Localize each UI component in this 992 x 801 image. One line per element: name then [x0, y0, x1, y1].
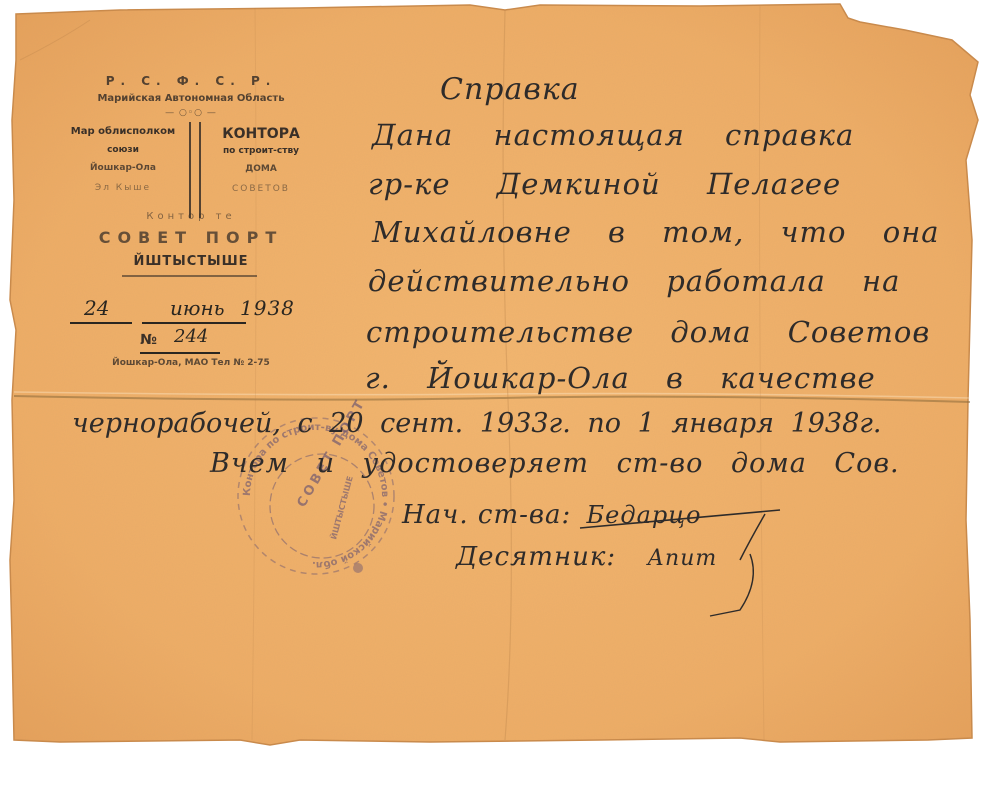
- certificate-title: Справка: [440, 72, 580, 107]
- seal-inner-text: ЙШТЫСТЫШЕ: [327, 475, 355, 541]
- head-signature-label: Нач. ст-ва:: [402, 500, 571, 530]
- region-label: Марийская Автономная Область: [62, 93, 320, 104]
- body-line-6: г. Йошкар-Ола в качестве: [365, 361, 876, 395]
- date-month: июнь: [170, 296, 225, 320]
- stamp-right-line1: по строит-ству: [200, 146, 322, 156]
- body-line-4: действительно работала на: [368, 264, 900, 298]
- stamp-kontor-line: Контор те: [62, 211, 320, 222]
- date-day: 24: [84, 296, 109, 320]
- stamp-right-line2: ДОМА: [200, 164, 322, 174]
- stamp-footer-address: Йошкар-Ола, МАО Тел № 2-75: [62, 358, 320, 368]
- signature-row-foreman: Десятник: Апит: [456, 542, 717, 572]
- stamp-yoshkar-line: ЙШТЫСТЫШЕ: [62, 254, 320, 269]
- stamp-sovet-line: СОВЕТ ПОРТ: [62, 228, 320, 247]
- stamp-right-column: КОНТОРА по строит-ству ДОМА СОВЕТОВ: [200, 126, 322, 194]
- foreman-signature-flourish: [680, 540, 800, 620]
- document-number: 244: [174, 326, 208, 347]
- date-month-underline: [142, 322, 246, 324]
- republic-label: Р. С. Ф. С. Р.: [62, 74, 320, 88]
- date-day-underline: [70, 322, 132, 324]
- body-line-1: Дана настоящая справка: [372, 118, 854, 152]
- number-label: №: [140, 332, 157, 348]
- ornament-divider: — ○◦○ —: [62, 108, 320, 118]
- number-underline: [140, 352, 220, 354]
- stamp-left-line3: Йошкар-Ола: [62, 163, 184, 173]
- svg-text:Контора по строит-ву дома Сове: Контора по строит-ву дома Советов • Мари…: [242, 422, 390, 571]
- letterhead-stamp: Р. С. Ф. С. Р. Марийская Автономная Обла…: [62, 68, 320, 378]
- body-line-2: гр-ке Демкиной Пелагее: [368, 167, 841, 201]
- seal-ring-text: Контора по строит-ву дома Советов • Мари…: [242, 422, 390, 571]
- stamp-left-line2: союзи: [62, 145, 184, 155]
- body-line-5: строительстве дома Советов: [366, 315, 930, 349]
- date-year: 1938: [240, 296, 295, 320]
- foreman-signature-label: Десятник:: [456, 542, 616, 572]
- stamp-left-line1: Мар облисполком: [62, 126, 184, 137]
- body-line-3: Михайловне в том, что она: [372, 215, 940, 249]
- stamp-right-line3: СОВЕТОВ: [200, 184, 322, 194]
- stamp-left-column: Мар облисполком союзи Йошкар-Ола Эл Кыше: [62, 126, 184, 193]
- body-line-7: чернорабочей, с 20 сент. 1933г. по 1 янв…: [72, 408, 882, 439]
- stamp-left-line4: Эл Кыше: [62, 183, 184, 193]
- stamp-kontora-title: КОНТОРА: [200, 126, 322, 142]
- body-line-8: Вчем и удостоверяет ст-во дома Сов.: [210, 448, 900, 479]
- stamp-rule: [122, 275, 257, 277]
